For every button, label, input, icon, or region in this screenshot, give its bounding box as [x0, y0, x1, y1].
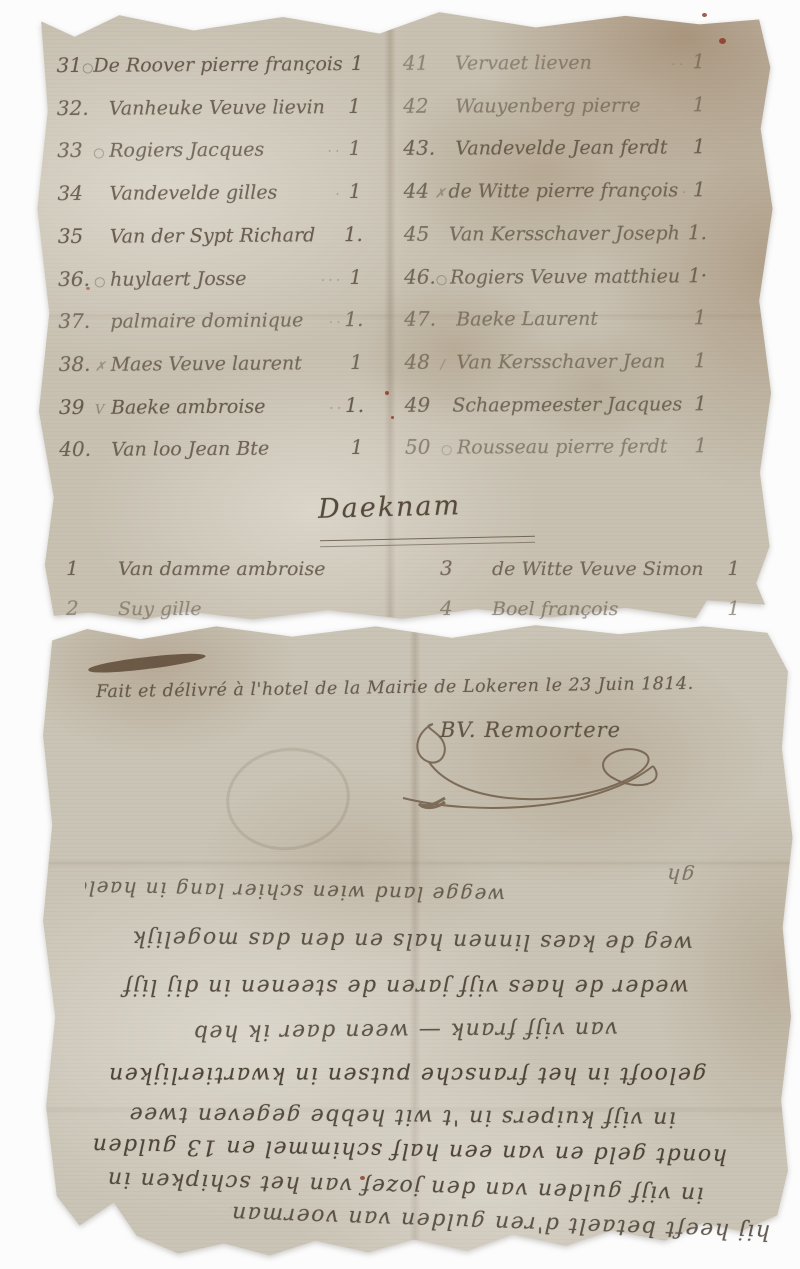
entry-number: 40.: [59, 437, 95, 461]
entry-name: de Witte pierre françois: [448, 179, 678, 202]
entry-value: 1: [689, 434, 707, 458]
entry-name: de Witte Veuve Simon: [492, 558, 714, 580]
entry-number: 43.: [403, 136, 439, 160]
entry-number: 50: [405, 435, 441, 459]
stain-speck: [702, 13, 707, 17]
entry-number: 32.: [57, 96, 93, 120]
entry-number: 38.: [59, 352, 95, 376]
list-row: 48/Van Kersschaver Jean1: [404, 348, 706, 374]
margin-mark: ○: [436, 272, 450, 287]
entry-name: Rousseau pierre ferdt: [457, 436, 681, 459]
entry-number: 3: [440, 556, 476, 580]
entry-name: De Roover pierre françois: [93, 53, 342, 77]
entry-number: 1: [66, 556, 102, 580]
stain-speck: [719, 38, 726, 44]
entry-value: 1: [343, 136, 361, 160]
entry-value: 1: [345, 350, 363, 374]
entry-value: 1: [690, 391, 707, 415]
entry-value: 1: [344, 264, 362, 288]
dot-leader: · · ·: [317, 273, 344, 287]
entry-name: Baeke ambroise: [111, 395, 326, 418]
entry-number: 4: [440, 596, 476, 620]
entry-value: 1: [343, 94, 361, 118]
dot-leader: ·: [678, 185, 690, 199]
entry-number: 34: [57, 181, 93, 205]
list-row: 3de Witte Veuve Simon1: [440, 556, 740, 580]
verso-line: weder de haes vijf jaren de steenen in d…: [48, 974, 763, 999]
list-row: 33○Rogiers Jacques· ·1: [57, 136, 361, 162]
entry-number: 47.: [404, 307, 440, 331]
scanned-document-page: 31○De Roover pierre françois132.Vanheuke…: [0, 0, 800, 1269]
list-row: 4Boel françois1: [440, 596, 740, 620]
verso-line: gh: [654, 863, 705, 890]
entry-value: 1.: [345, 393, 363, 417]
list-row: 41Vervaet lieven· ·1: [403, 49, 705, 75]
entry-value: 1.: [344, 222, 362, 246]
list-row: 39VBaeke ambroise· ·1.: [59, 393, 363, 419]
entry-name: Vanheuke Veuve lievin: [109, 96, 335, 120]
list-row: 32.Vanheuke Veuve lievin1: [57, 94, 361, 120]
dot-leader: · ·: [325, 401, 345, 415]
dot-leader: ·: [332, 187, 344, 201]
dot-leader: · ·: [325, 315, 345, 329]
entry-name: Van der Sypt Richard: [110, 224, 336, 248]
entry-value: 1: [690, 177, 706, 201]
stain-speck: [360, 1176, 365, 1180]
entry-name: Van loo Jean Bte: [111, 437, 337, 461]
list-row: 47.Baeke Laurent1: [404, 305, 706, 331]
entry-name: Schaepmeester Jacques: [452, 393, 682, 416]
entry-name: Boel françois: [492, 598, 714, 620]
list-row: 1Van damme ambroise: [66, 556, 366, 580]
dot-leader: · ·: [324, 144, 344, 158]
entry-value: 1: [722, 556, 740, 580]
list-row: 50○Rousseau pierre ferdt1: [405, 434, 707, 460]
entry-value: 1: [722, 596, 740, 620]
entry-name: Wauyenberg pierre: [455, 94, 679, 117]
entry-number: 35: [58, 224, 94, 248]
entry-number: 2: [66, 596, 102, 620]
entry-value: 1: [687, 92, 705, 116]
margin-mark: ✗: [435, 187, 449, 202]
list-row: 40.Van loo Jean Bte1: [59, 435, 363, 461]
verso-line: gelooft in het fransche putsen in kwarti…: [46, 1062, 768, 1087]
entry-name: palmaire dominique: [110, 309, 325, 332]
entry-number: 48: [404, 349, 440, 373]
entry-number: 33: [57, 138, 93, 162]
entry-number: 44: [404, 179, 435, 203]
dot-leader: · ·: [667, 57, 687, 71]
entry-name: Maes Veuve laurent: [111, 352, 337, 376]
list-row: 36.○huylaert Josse· · ·1: [58, 264, 362, 290]
entry-value: 1: [688, 348, 706, 372]
stain-speck: [86, 287, 90, 290]
list-row: 42Wauyenberg pierre1: [403, 92, 705, 118]
entry-value: 1: [687, 49, 705, 73]
entry-value: 1: [687, 135, 705, 159]
entry-name: Suy gille: [118, 598, 340, 620]
entry-name: Vandevelde Jean ferdt: [455, 137, 679, 160]
margin-mark: ✗: [95, 360, 111, 375]
entry-name: Vandevelde gilles: [109, 181, 331, 205]
margin-mark: ○: [94, 274, 110, 289]
margin-mark: ○: [82, 61, 93, 76]
entry-name: huylaert Josse: [110, 267, 317, 290]
entry-name: Rogiers Veuve matthieu: [450, 265, 680, 288]
stain-speck: [391, 416, 394, 419]
entry-number: 39: [59, 394, 95, 418]
entry-value: 1: [345, 435, 363, 459]
entry-name: Rogiers Jacques: [109, 139, 324, 162]
list-row: 38.✗Maes Veuve laurent1: [59, 350, 363, 376]
margin-mark: /: [440, 357, 456, 372]
entry-name: Van Kersschaver Joseph: [449, 222, 680, 245]
list-row: 2Suy gille: [66, 596, 366, 620]
signature-flourish: [385, 712, 685, 822]
list-row: 44✗de Witte pierre françois·1: [404, 177, 706, 203]
list-row: 31○De Roover pierre françois1: [56, 51, 360, 77]
margin-mark: V: [95, 402, 111, 417]
entry-number: 49: [405, 392, 438, 416]
list-row: 37.palmaire dominique· ·1.: [58, 307, 362, 333]
list-row: 49Schaepmeester Jacques1: [405, 391, 707, 417]
entry-number: 46.: [404, 264, 436, 288]
list-row: 35Van der Sypt Richard1.: [58, 222, 362, 248]
entry-value: 1.: [344, 307, 362, 331]
entry-number: 45: [404, 221, 435, 245]
entry-value: 1.: [688, 220, 706, 244]
entry-value: 1: [688, 305, 706, 329]
entry-name: Van damme ambroise: [118, 558, 340, 580]
list-column-right: 41Vervaet lieven· ·142Wauyenberg pierre1…: [403, 49, 707, 483]
list-column-left: 31○De Roover pierre françois132.Vanheuke…: [56, 51, 363, 485]
margin-mark: ○: [93, 146, 109, 161]
section-title: Daeknam: [318, 490, 462, 525]
list-row: 34Vandevelde gilles·1: [57, 179, 361, 205]
list-row: 45Van Kersschaver Joseph1.: [404, 220, 706, 246]
entry-name: Baeke Laurent: [456, 308, 680, 331]
margin-mark: ○: [441, 443, 457, 458]
entry-value: 1: [351, 51, 364, 75]
entry-value: 1·: [688, 263, 706, 287]
entry-name: Vervaet lieven: [455, 51, 668, 74]
stain-speck: [385, 391, 389, 395]
entry-number: 37.: [58, 309, 94, 333]
list-row: 46.○Rogiers Veuve matthieu1·: [404, 263, 706, 289]
list-row: 43.Vandevelde Jean ferdt1: [403, 135, 705, 161]
entry-number: 41: [403, 51, 439, 75]
entry-number: 31: [56, 53, 82, 77]
entry-number: 42: [403, 93, 439, 117]
entry-value: 1: [343, 179, 361, 203]
entry-name: Van Kersschaver Jean: [456, 350, 680, 373]
